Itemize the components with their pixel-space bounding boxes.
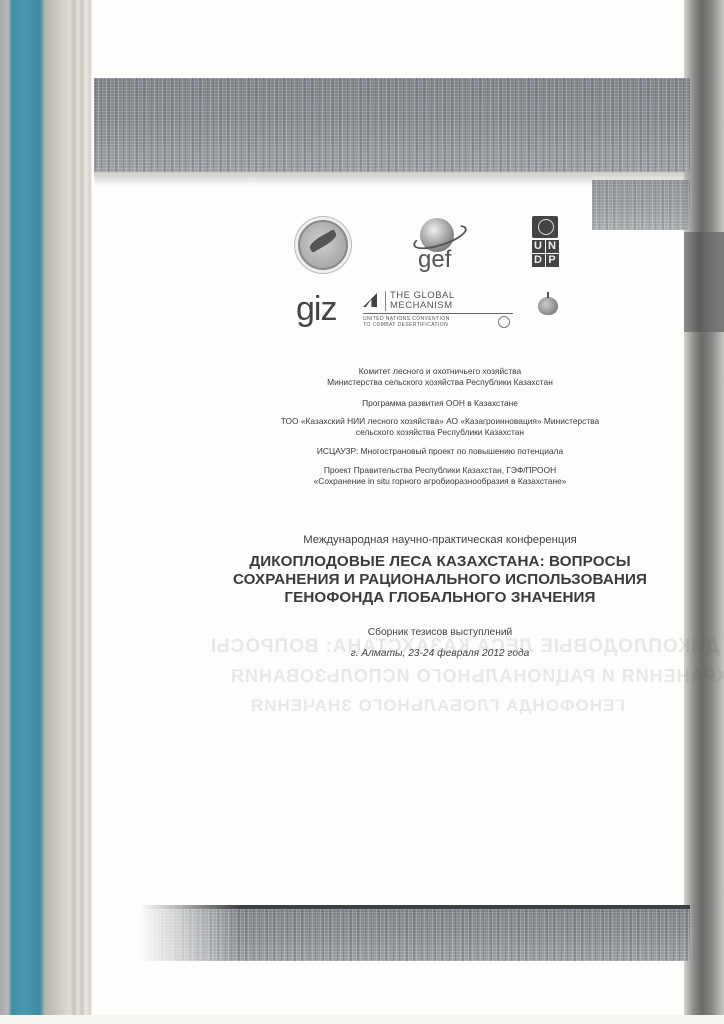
global-mechanism-subtitle: UNITED NATIONS CONVENTION TO COMBAT DESE… [363,316,450,328]
organizer-cacilm: ИСЦАУЗР: Многострановый проект по повыше… [200,446,680,457]
giz-logo: giz [296,290,336,329]
scan-artifact-top-band [94,78,690,172]
organizer-research-institute: ТОО «Казахский НИИ лесного хозяйства» АО… [200,416,680,438]
un-emblem-icon [532,216,558,238]
forestry-committee-logo [298,220,348,270]
global-mechanism-title: THE GLOBAL MECHANISM [385,291,455,311]
scan-artifact-bottom-band [140,905,690,961]
organizer-forestry-committee: Комитет лесного и охотничьего хозяйства … [200,366,680,388]
un-emblem-icon [498,316,510,328]
book-spine [0,0,92,1024]
page-edge-shadow [684,0,724,1024]
gef-logo-text: gef [418,246,451,274]
bleed-through-text: СОХРАНЕНИЯ И РАЦИОНАЛЬНОГО ИСПОЛЬЗОВАНИЯ [230,666,724,687]
scan-bottom-margin [0,1015,724,1024]
undp-caption: ​ [525,271,565,276]
place-and-date: г. Алматы, 23-24 февраля 2012 года [200,648,680,659]
undp-logo: U N D P ​ [530,216,560,276]
bird-icon [308,229,339,253]
gef-logo: gef [412,214,472,274]
undp-letter: D [532,254,545,267]
apple-logo [538,297,558,315]
collection-subtitle: Сборник тезисов выступлений [200,627,680,638]
conference-title: ДИКОПЛОДОВЫЕ ЛЕСА КАЗАХСТАНА: ВОПРОСЫ СО… [200,553,680,607]
conference-type: Международная научно-практическая конфер… [200,534,680,546]
undp-letter: P [546,254,559,267]
scan-artifact-right-edge [684,232,724,332]
organizer-undp: Программа развития ООН в Казахстане [200,398,680,409]
scan-artifact-small-band [592,180,690,230]
organizer-gef-undp-project: Проект Правительства Республики Казахста… [200,465,680,487]
divider [363,313,513,314]
undp-letter: N [546,240,559,253]
undp-letter: U [532,240,545,253]
bleed-through-text: ГЕНОФОНДА ГЛОБАЛЬНОГО ЗНАЧЕНИЯ [250,696,625,716]
